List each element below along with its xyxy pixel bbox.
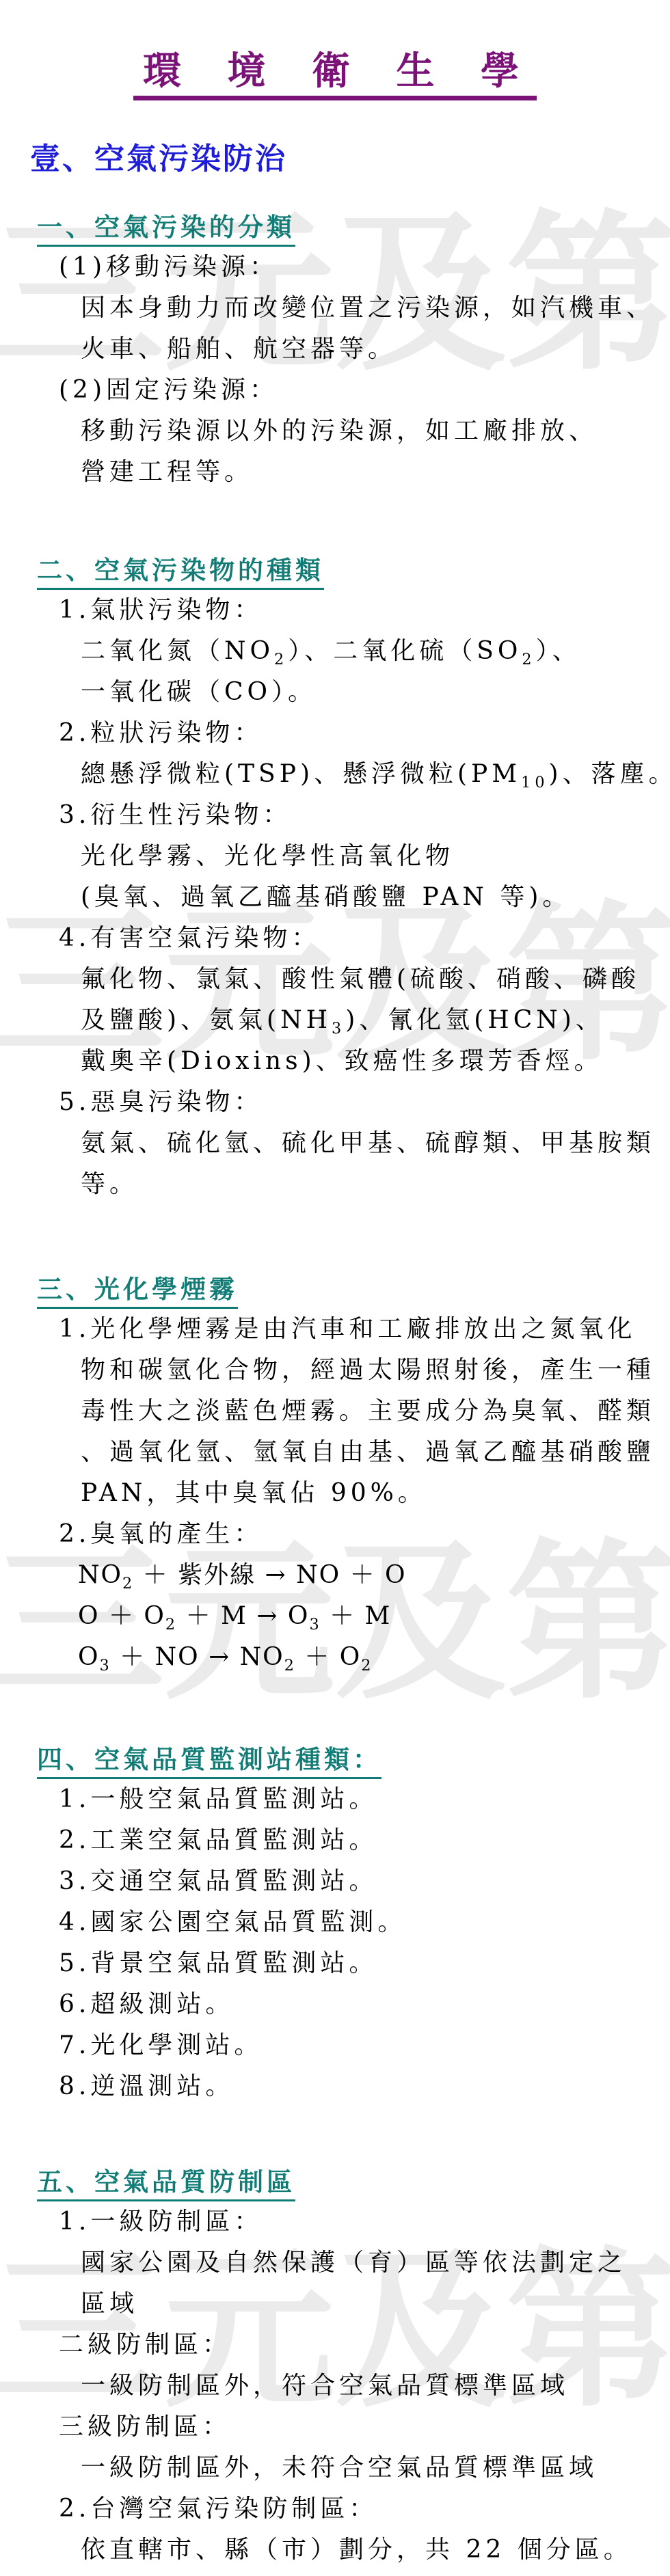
text-line: 8.逆溫測站。 [0, 2066, 670, 2107]
sections-container: 一、空氣污染的分類 (1)移動污染源：因本身動力而改變位置之污染源，如汽機車、火… [0, 211, 670, 2571]
text-line: 2.工業空氣品質監測站。 [0, 1820, 670, 1861]
text-line: 4.有害空氣污染物： [0, 918, 670, 959]
page-title: 環 境 衛 生 學 [0, 0, 670, 100]
section-heading-text: 四、空氣品質監測站種類： [37, 1744, 381, 1779]
text-line: 一氧化碳（CO）。 [0, 672, 670, 713]
text-line: 因本身動力而改變位置之污染源，如汽機車、 [0, 288, 670, 329]
text-line: 7.光化學測站。 [0, 2025, 670, 2066]
text-line: 二級防制區： [0, 2324, 670, 2365]
text-line: 2.臭氧的產生： [0, 1514, 670, 1555]
section-heading-text: 五、空氣品質防制區 [37, 2166, 295, 2201]
text-line: 及鹽酸)、氨氣(NH3)、氰化氫(HCN)、 [0, 1000, 670, 1041]
section-heading-text: 三、光化學煙霧 [37, 1273, 238, 1309]
section-lines: 1.一級防制區：國家公園及自然保護（育）區等依法劃定之區域二級防制區：一級防制區… [0, 2201, 670, 2571]
text-line: 氨氣、硫化氫、硫化甲基、硫醇類、甲基胺類 [0, 1123, 670, 1164]
text-line: 2.粒狀污染物： [0, 713, 670, 754]
text-line: 國家公園及自然保護（育）區等依法劃定之 [0, 2242, 670, 2283]
text-line: (2)固定污染源： [0, 370, 670, 411]
section: 三、光化學煙霧 1.光化學煙霧是由汽車和工廠排放出之氮氧化物和碳氫化合物，經過太… [0, 1273, 670, 1678]
text-line: 5.惡臭污染物： [0, 1082, 670, 1123]
text-line: 1.氣狀污染物： [0, 590, 670, 631]
text-line: 1.一級防制區： [0, 2201, 670, 2242]
text-line: 一級防制區外，符合空氣品質標準區域 [0, 2365, 670, 2406]
text-line: 區域 [0, 2283, 670, 2324]
text-line: (1)移動污染源： [0, 247, 670, 288]
text-line: PAN，其中臭氧佔 90%。 [0, 1473, 670, 1514]
section-lines: (1)移動污染源：因本身動力而改變位置之污染源，如汽機車、火車、船舶、航空器等。… [0, 247, 670, 493]
section: 一、空氣污染的分類 (1)移動污染源：因本身動力而改變位置之污染源，如汽機車、火… [0, 211, 670, 493]
text-line: 6.超級測站。 [0, 1984, 670, 2025]
text-line: 二氧化氮（NO2）、二氧化硫（SO2）、 [0, 631, 670, 672]
section: 五、空氣品質防制區 1.一級防制區：國家公園及自然保護（育）區等依法劃定之區域二… [0, 2166, 670, 2571]
section: 二、空氣污染物的種類 1.氣狀污染物：二氧化氮（NO2）、二氧化硫（SO2）、一… [0, 554, 670, 1205]
text-line: 、過氧化氫、氫氧自由基、過氧乙醯基硝酸鹽 [0, 1432, 670, 1473]
text-line: 依直轄市、縣（市）劃分，共 22 個分區。 [0, 2530, 670, 2571]
text-line: O3 ＋ NO → NO2 ＋ O2 [0, 1637, 670, 1678]
section-lines: 1.氣狀污染物：二氧化氮（NO2）、二氧化硫（SO2）、一氧化碳（CO）。2.粒… [0, 590, 670, 1205]
section-lines: 1.光化學煙霧是由汽車和工廠排放出之氮氧化物和碳氫化合物，經過太陽照射後，產生一… [0, 1309, 670, 1678]
text-line: NO2 ＋ 紫外線 → NO ＋ O [0, 1555, 670, 1596]
text-line: 毒性大之淡藍色煙霧。主要成分為臭氧、醛類 [0, 1391, 670, 1432]
text-line: 5.背景空氣品質監測站。 [0, 1943, 670, 1984]
text-line: 移動污染源以外的污染源，如工廠排放、 [0, 411, 670, 452]
text-line: 4.國家公園空氣品質監測。 [0, 1902, 670, 1943]
page-title-text: 環 境 衛 生 學 [133, 49, 537, 100]
text-line: 1.一般空氣品質監測站。 [0, 1779, 670, 1820]
text-line: 三級防制區： [0, 2406, 670, 2448]
section-heading: 五、空氣品質防制區 [37, 2166, 670, 2201]
text-line: 2.台灣空氣污染防制區： [0, 2489, 670, 2530]
section-heading: 二、空氣污染物的種類 [37, 554, 670, 590]
text-line: 總懸浮微粒(TSP)、懸浮微粒(PM10)、落塵。 [0, 754, 670, 795]
text-line: 物和碳氫化合物，經過太陽照射後，產生一種 [0, 1350, 670, 1391]
text-line: 光化學霧、光化學性高氧化物 [0, 836, 670, 877]
section-heading: 一、空氣污染的分類 [37, 211, 670, 247]
text-line: 1.光化學煙霧是由汽車和工廠排放出之氮氧化 [0, 1309, 670, 1350]
text-line: 3.交通空氣品質監測站。 [0, 1861, 670, 1902]
section-heading-text: 二、空氣污染物的種類 [37, 554, 324, 590]
text-line: 3.衍生性污染物： [0, 795, 670, 836]
text-line: O ＋ O2 ＋ M → O3 ＋ M [0, 1596, 670, 1637]
section-heading: 四、空氣品質監測站種類： [37, 1744, 670, 1779]
text-line: 火車、船舶、航空器等。 [0, 329, 670, 370]
text-line: 一級防制區外，未符合空氣品質標準區域 [0, 2448, 670, 2489]
text-line: 等。 [0, 1164, 670, 1205]
text-line: 營建工程等。 [0, 452, 670, 493]
section-heading: 三、光化學煙霧 [37, 1273, 670, 1309]
text-line: 氟化物、氯氣、酸性氣體(硫酸、硝酸、磷酸 [0, 959, 670, 1000]
part-heading: 壹、空氣污染防治 [30, 140, 670, 178]
section: 四、空氣品質監測站種類： 1.一般空氣品質監測站。2.工業空氣品質監測站。3.交… [0, 1744, 670, 2107]
document-page: 三元及第 三元及第 三元及第 三元及第 環 境 衛 生 學 壹、空氣污染防治 一… [0, 0, 670, 2576]
text-line: (臭氧、過氧乙醯基硝酸鹽 PAN 等)。 [0, 877, 670, 918]
section-lines: 1.一般空氣品質監測站。2.工業空氣品質監測站。3.交通空氣品質監測站。4.國家… [0, 1779, 670, 2107]
section-heading-text: 一、空氣污染的分類 [37, 211, 295, 247]
text-line: 戴奧辛(Dioxins)、致癌性多環芳香烴。 [0, 1041, 670, 1082]
